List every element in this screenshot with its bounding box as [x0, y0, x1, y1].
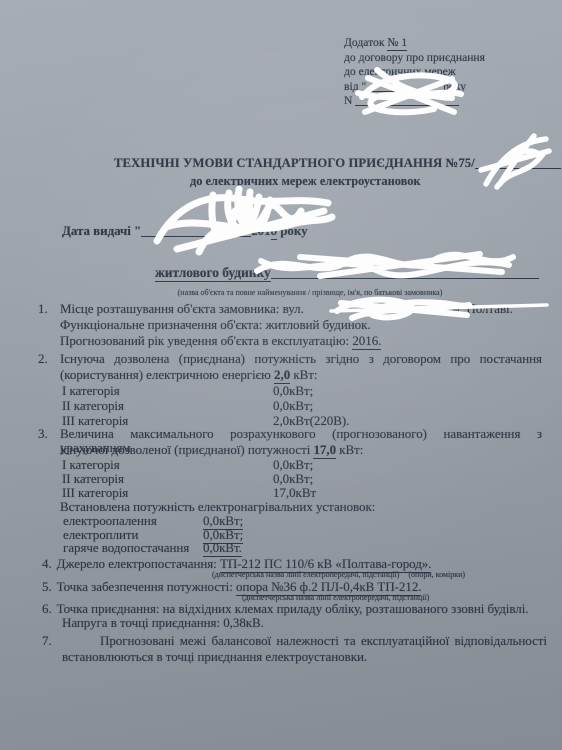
object-name-line: житлового будинку [155, 266, 539, 280]
blank-underline [141, 225, 251, 237]
item2-power-value: 2,0 [274, 367, 290, 384]
item3-category-row: ІІ категорія0,0кВт; [62, 472, 313, 486]
item1-purpose-line: Функціональне призначення об'єкта: житло… [60, 318, 371, 332]
item2-category-row: І категорія0,0кВт; [62, 384, 313, 398]
annex-number: № 1 [387, 36, 407, 51]
annex-block: Додаток № 1 до договору про приєднання д… [344, 36, 485, 109]
heating-row: електроопалення0,0кВт; [63, 514, 243, 528]
item7-line2: встановлюються в точці приєднання електр… [62, 650, 367, 664]
item4-label: Джерело електропостачання: [57, 556, 220, 571]
category-label: І категорія [62, 458, 273, 472]
category-label: ІІ категорія [62, 399, 273, 413]
heating-row: гаряче водопостачання0,0кВт. [63, 541, 242, 555]
item2-line2: (користування) електричною енергією 2,0 … [60, 368, 317, 382]
item1-year-line: Прогнозований рік уведення об'єкта в екс… [60, 334, 381, 348]
item7-number: 7. [42, 634, 52, 648]
item3-power-label: існуючої дозволеної (приєднаної) потужно… [60, 442, 313, 457]
document-title: ТЕХНІЧНІ УМОВИ СТАНДАРТНОГО ПРИЄДНАННЯ №… [114, 156, 561, 171]
annex-label: Додаток [344, 36, 387, 49]
annex-line-2: до договору про приєднання [344, 51, 485, 66]
item1-location-label: Місце розташування об'єкта замовника: ву… [60, 301, 304, 316]
item1-city: м. Полтаві. [452, 301, 513, 316]
blank-underline [366, 80, 440, 92]
issue-date-label: Дата видачі " [62, 223, 141, 238]
heating-label: електроопалення [63, 514, 203, 528]
annex-from-label: від " [344, 80, 366, 93]
heating-value: 0,0кВт. [203, 540, 242, 557]
item3-line2: існуючої дозволеної (приєднаної) потужно… [60, 443, 363, 457]
item5-line: 5.Точка забезпечення потужності: опора №… [42, 580, 421, 594]
item5-number: 5. [42, 579, 52, 594]
item1-number: 1. [38, 302, 48, 316]
installed-power-heading: Встановлена потужність електронагрівальн… [60, 500, 375, 514]
item6-line2: Напруга в точці приєднання: 0,38кВ. [62, 616, 264, 630]
item1-year-label: Прогнозований рік уведення об'єкта в екс… [60, 333, 352, 348]
issue-year-suffix: року [277, 223, 308, 238]
document-subtitle: до електричних мереж електроустановок [190, 174, 421, 189]
item2-power-label: (користування) електричною енергією [60, 367, 274, 382]
item7-line1: Прогнозовані межі балансової належності … [100, 634, 547, 648]
item2-power-unit: кВт: [290, 367, 317, 382]
object-caption: (назва об'єкта та повне найменування / п… [50, 288, 562, 297]
item5-label: Точка забезпечення потужності: [57, 579, 236, 594]
whiteout-scribble-date [157, 189, 332, 252]
item3-power-value: 17,0 [313, 442, 336, 459]
item2-line1: Існуюча дозволена (приєднана) потужність… [60, 352, 542, 366]
item4-caption: (диспетчерська назва лінії електропереда… [212, 570, 465, 579]
blank-underline [475, 157, 561, 169]
item4-line: 4.Джерело електропостачання: ТП-212 ПС 1… [42, 557, 431, 571]
item4-caption-a: (диспетчерська назва лінії електропереда… [212, 570, 399, 579]
blank-underline [271, 267, 539, 279]
item4-caption-b: (опори, комірки) [408, 570, 465, 579]
category-value: 0,0кВт; [273, 383, 313, 398]
category-label: ІІІ категорія [62, 486, 273, 500]
issue-date-line: Дата видачі "2016 року [62, 224, 308, 238]
item4-number: 4. [42, 556, 52, 571]
item2-category-row: ІІ категорія0,0кВт; [62, 399, 313, 413]
category-label: ІІ категорія [62, 472, 273, 486]
category-label: І категорія [62, 384, 273, 398]
document-title-text: ТЕХНІЧНІ УМОВИ СТАНДАРТНОГО ПРИЄДНАННЯ №… [114, 156, 475, 170]
annex-line-3: до електричних мереж [344, 65, 485, 80]
blank-underline [355, 94, 459, 106]
item1-location-line: Місце розташування об'єкта замовника: ву… [60, 302, 513, 316]
heating-label: гаряче водопостачання [63, 541, 203, 555]
item6-line1: 6.Точка приєднання: на відхідних клемах … [42, 602, 528, 616]
annex-n-label: N [344, 94, 352, 107]
annex-line-1: Додаток № 1 [344, 36, 485, 51]
annex-line-4: від " року [344, 80, 485, 95]
item3-power-unit: кВт: [336, 442, 363, 457]
item6-number: 6. [42, 601, 52, 616]
item3-category-row: І категорія0,0кВт; [62, 458, 313, 472]
issue-year-printed: 201 [251, 223, 270, 238]
item2-number: 2. [38, 352, 48, 366]
item3-category-row: ІІІ категорія17,0кВт [62, 486, 316, 500]
item3-number: 3. [38, 427, 48, 441]
item1-year-value: 2016. [352, 333, 381, 350]
annex-year-label: року [440, 80, 466, 93]
annex-line-5: N [344, 94, 485, 109]
paper-document-photo: Додаток № 1 до договору про приєднання д… [0, 0, 562, 750]
redacted-street-name [304, 312, 452, 313]
item6-text: Точка приєднання: на відхідних клемах пр… [57, 601, 529, 616]
category-value: 0,0кВт; [273, 398, 313, 413]
category-value: 0,0кВт; [273, 457, 313, 472]
object-name: житлового будинку [155, 265, 271, 282]
category-value: 0,0кВт; [273, 471, 313, 486]
category-value: 17,0кВт [273, 485, 316, 500]
